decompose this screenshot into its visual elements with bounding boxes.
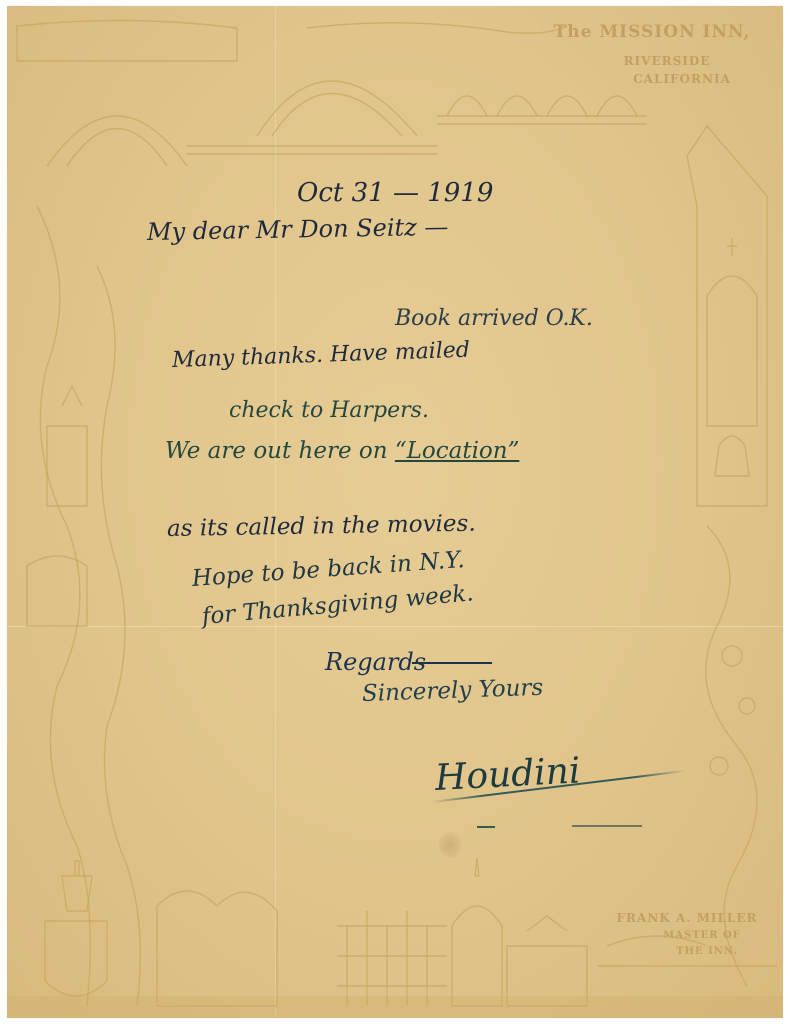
letterhead-state: CALIFORNIA (587, 72, 777, 86)
signature-dash-2 (572, 825, 642, 827)
letterhead-owner-role-2: THE INN. (637, 946, 777, 957)
letterhead-title: The MISSION INN, (527, 22, 777, 42)
paper-fold-vertical (275, 6, 276, 1018)
letter-line-4-text: We are out here on (165, 438, 388, 464)
letter-line-1: Book arrived O.K. (395, 306, 593, 331)
letter-line-3: check to Harpers. (229, 398, 429, 423)
paper-fold-horizontal (7, 626, 783, 627)
letter-salutation: My dear Mr Don Seitz — (147, 213, 449, 246)
letterhead-owner: FRANK A. MILLER (597, 911, 777, 925)
letter-line-5: as its called in the movies. (167, 511, 476, 542)
signature-dash-1 (477, 826, 495, 828)
regards-flourish (412, 662, 492, 664)
letter-line-4: We are out here on “Location” (165, 438, 519, 464)
closing-sincerely: Sincerely Yours (362, 675, 544, 707)
underlined-location-word: “Location” (395, 438, 520, 464)
letter-line-2: Many thanks. Have mailed (172, 338, 471, 373)
closing-regards: Regards (325, 648, 426, 676)
letterhead-owner-role-1: MASTER OF (627, 930, 777, 941)
paper-stain (439, 832, 461, 858)
letter-paper: The MISSION INN, RIVERSIDE CALIFORNIA FR… (7, 6, 783, 1018)
letter-date: Oct 31 — 1919 (297, 178, 493, 208)
letterhead-city: RIVERSIDE (567, 54, 767, 68)
